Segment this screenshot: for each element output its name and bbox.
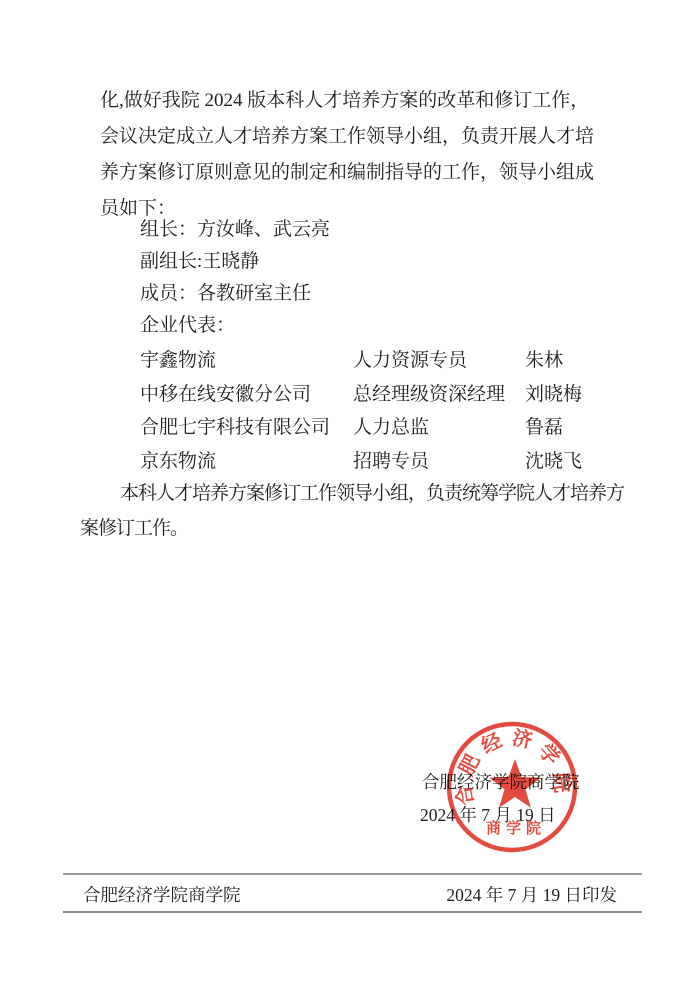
- position-cell: 人力资源专员: [353, 344, 525, 378]
- leading-group-roster: 组长：方汝峰、武云亮 副组长:王晓静 成员：各教研室主任 企业代表：: [140, 214, 330, 342]
- seal-ring-char: 学: [534, 739, 565, 770]
- position-cell: 总经理级资深经理: [353, 378, 525, 412]
- roster-members: 成员：各教研室主任: [140, 278, 330, 310]
- representatives-table: 宇鑫物流 人力资源专员 朱林 中移在线安徽分公司 总经理级资深经理 刘晓梅 合肥…: [140, 344, 610, 478]
- seal-ring-char: 济: [510, 725, 534, 752]
- name-cell: 鲁磊: [525, 411, 610, 445]
- signature-date: 2024 年 7 月 19 日: [420, 803, 556, 827]
- company-cell: 合肥七宇科技有限公司: [140, 411, 353, 445]
- table-row: 合肥七宇科技有限公司 人力总监 鲁磊: [140, 411, 610, 445]
- paragraph-line: 本科人才培养方案修订工作领导小组，负责统筹学院人才培养方: [80, 476, 624, 511]
- footer-top-rule: [63, 873, 642, 875]
- footer-bottom-rule: [63, 911, 642, 913]
- position-cell: 人力总监: [353, 411, 525, 445]
- company-cell: 宇鑫物流: [140, 344, 353, 378]
- paragraph-line: 案修订工作。: [80, 511, 624, 546]
- closing-paragraph: 本科人才培养方案修订工作领导小组，负责统筹学院人才培养方 案修订工作。: [80, 476, 624, 546]
- paragraph-line: 化,做好我院 2024 版本科人才培养方案的改革和修订工作，: [100, 83, 594, 119]
- position-cell: 招聘专员: [353, 445, 525, 479]
- roster-leader: 组长：方汝峰、武云亮: [140, 214, 330, 246]
- table-row: 宇鑫物流 人力资源专员 朱林: [140, 344, 610, 378]
- paragraph-line: 会议决定成立人才培养方案工作领导小组，负责开展人才培: [100, 119, 594, 155]
- footer-print-date: 2024 年 7 月 19 日印发: [63, 883, 617, 907]
- signature-organization: 合肥经济学院商学院: [422, 770, 580, 794]
- roster-enterprise-label: 企业代表：: [140, 310, 330, 342]
- company-cell: 京东物流: [140, 445, 353, 479]
- paragraph-line: 养方案修订原则意见的制定和编制指导的工作，领导小组成: [100, 155, 594, 191]
- roster-deputy-leader: 副组长:王晓静: [140, 246, 330, 278]
- name-cell: 刘晓梅: [525, 378, 610, 412]
- body-paragraph: 化,做好我院 2024 版本科人才培养方案的改革和修订工作， 会议决定成立人才培…: [100, 83, 594, 227]
- table-row: 中移在线安徽分公司 总经理级资深经理 刘晓梅: [140, 378, 610, 412]
- seal-ring-char: 经: [477, 728, 505, 758]
- table-row: 京东物流 招聘专员 沈晓飞: [140, 445, 610, 479]
- name-cell: 朱林: [525, 344, 610, 378]
- company-cell: 中移在线安徽分公司: [140, 378, 353, 412]
- name-cell: 沈晓飞: [525, 445, 610, 479]
- document-page: 化,做好我院 2024 版本科人才培养方案的改革和修订工作， 会议决定成立人才培…: [0, 0, 700, 999]
